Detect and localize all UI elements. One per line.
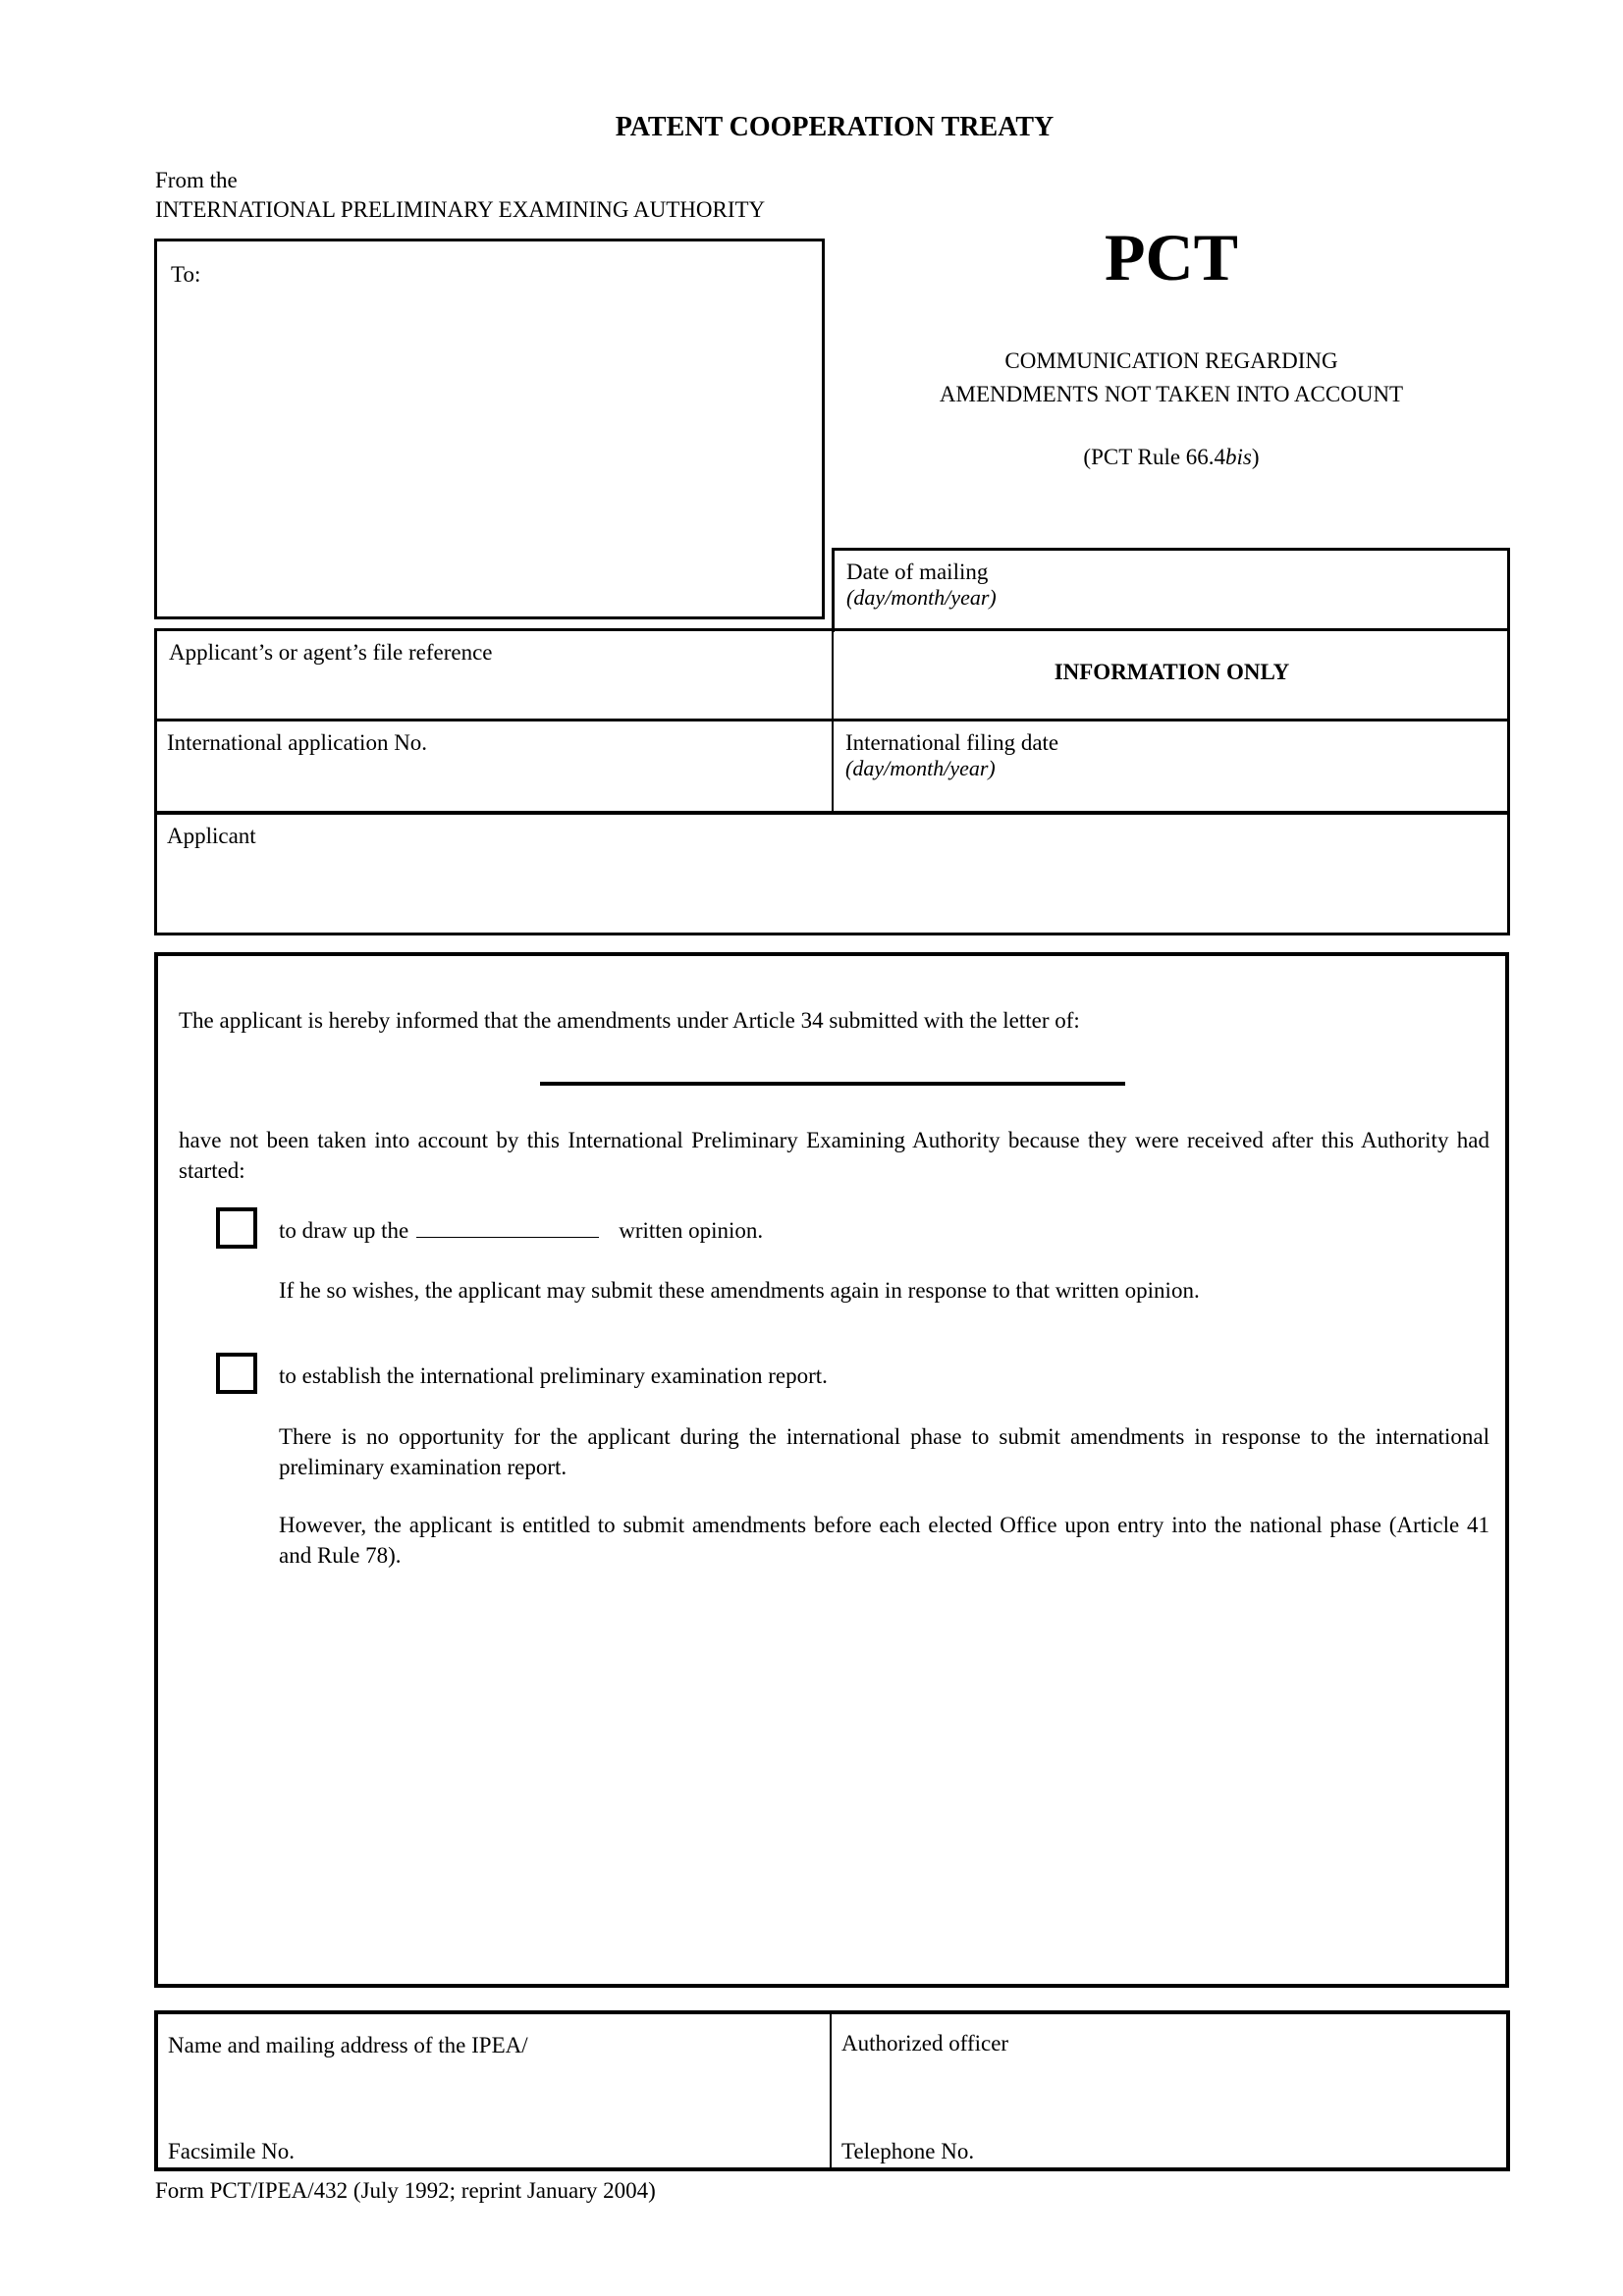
facsimile-label: Facsimile No. bbox=[168, 2138, 295, 2165]
title-line-2: AMENDMENTS NOT TAKEN INTO ACCOUNT bbox=[833, 381, 1510, 408]
option-2-note-1: There is no opportunity for the applican… bbox=[279, 1421, 1489, 1482]
letter-date-field[interactable] bbox=[540, 1050, 1125, 1090]
pct-acronym: PCT bbox=[833, 218, 1510, 296]
application-number-label: International application No. bbox=[167, 729, 427, 757]
communication-body: The applicant is hereby informed that th… bbox=[154, 952, 1509, 1988]
option-establish-iper-checkbox[interactable] bbox=[216, 1353, 257, 1394]
date-of-mailing-field[interactable]: Date of mailing (day/month/year) bbox=[832, 548, 1510, 632]
authorized-officer-label: Authorized officer bbox=[841, 2030, 1008, 2057]
application-info-grid: Applicant’s or agent’s file reference IN… bbox=[154, 628, 1510, 935]
date-of-mailing-hint: (day/month/year) bbox=[846, 586, 997, 610]
rule-reference: (PCT Rule 66.4bis) bbox=[833, 444, 1510, 471]
information-only-label: INFORMATION ONLY bbox=[834, 659, 1510, 686]
filing-date-hint: (day/month/year) bbox=[845, 757, 996, 780]
file-reference-label: Applicant’s or agent’s file reference bbox=[169, 639, 493, 667]
from-line: From the bbox=[155, 167, 238, 194]
option-draw-up-written-opinion-checkbox[interactable] bbox=[216, 1207, 257, 1249]
intro-text: The applicant is hereby informed that th… bbox=[179, 1007, 1080, 1035]
letter-date-underline bbox=[540, 1082, 1125, 1086]
applicant-label: Applicant bbox=[167, 823, 256, 850]
authority-name: INTERNATIONAL PRELIMINARY EXAMINING AUTH… bbox=[155, 196, 765, 224]
filing-date-label: International filing date bbox=[845, 729, 1058, 757]
ipea-address-label: Name and mailing address of the IPEA/ bbox=[168, 2032, 528, 2059]
option-2-note-2: However, the applicant is entitled to su… bbox=[279, 1510, 1489, 1571]
reason-text: have not been taken into account by this… bbox=[179, 1125, 1489, 1186]
written-opinion-blank[interactable] bbox=[416, 1217, 599, 1238]
date-of-mailing-label: Date of mailing bbox=[846, 559, 988, 586]
title-line-1: COMMUNICATION REGARDING bbox=[833, 347, 1510, 375]
filing-date-field[interactable]: International filing date (day/month/yea… bbox=[834, 721, 1510, 811]
to-label: To: bbox=[171, 261, 200, 289]
application-number-field[interactable]: International application No. bbox=[157, 721, 832, 811]
option-1-label: to draw up thewritten opinion. bbox=[279, 1217, 763, 1245]
authorized-officer-field[interactable]: Authorized officer Telephone No. bbox=[832, 2014, 1507, 2167]
ipea-contact-box: Name and mailing address of the IPEA/ Fa… bbox=[154, 2010, 1510, 2171]
form-identifier: Form PCT/IPEA/432 (July 1992; reprint Ja… bbox=[155, 2177, 656, 2205]
file-reference-field[interactable]: Applicant’s or agent’s file reference bbox=[157, 631, 832, 719]
ipea-address-field[interactable]: Name and mailing address of the IPEA/ Fa… bbox=[158, 2014, 830, 2167]
to-box[interactable]: To: bbox=[154, 239, 825, 619]
option-1-note: If he so wishes, the applicant may submi… bbox=[279, 1277, 1200, 1305]
telephone-label: Telephone No. bbox=[841, 2138, 974, 2165]
option-2-label: to establish the international prelimina… bbox=[279, 1362, 828, 1390]
treaty-title: PATENT COOPERATION TREATY bbox=[0, 114, 1623, 141]
applicant-field[interactable]: Applicant bbox=[157, 815, 1507, 933]
